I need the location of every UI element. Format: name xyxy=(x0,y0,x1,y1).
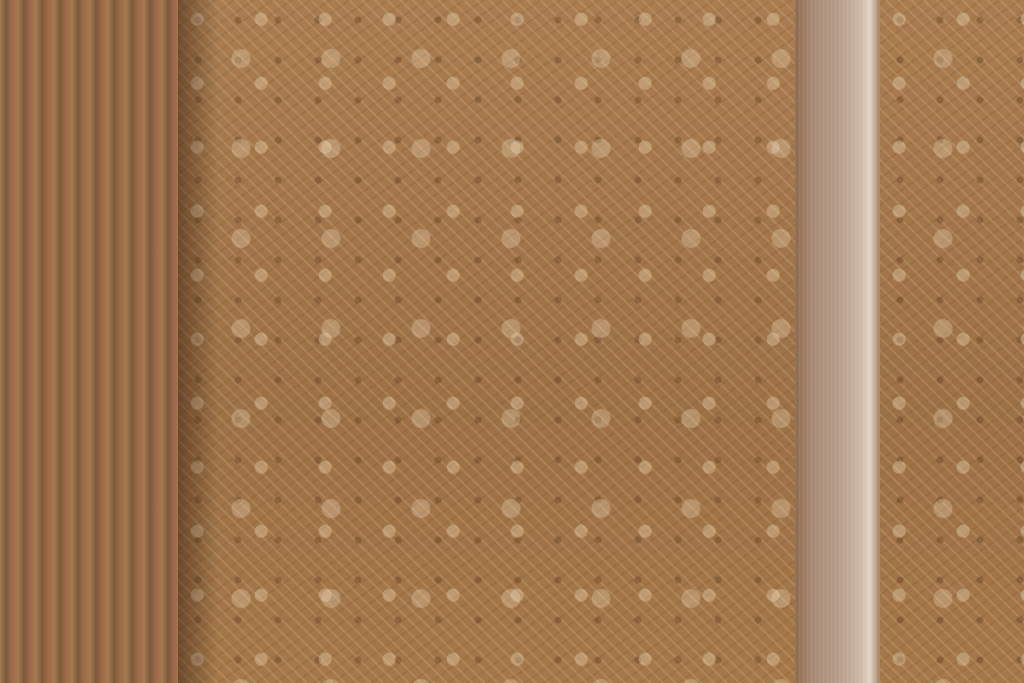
floral-wallpaper-panel xyxy=(178,0,795,683)
plaster-pilaster xyxy=(795,0,880,683)
floral-wallpaper-right xyxy=(880,0,1024,683)
photo-scene xyxy=(0,0,1024,683)
curtain-folds xyxy=(0,0,178,683)
curtain-shadow xyxy=(178,0,218,683)
